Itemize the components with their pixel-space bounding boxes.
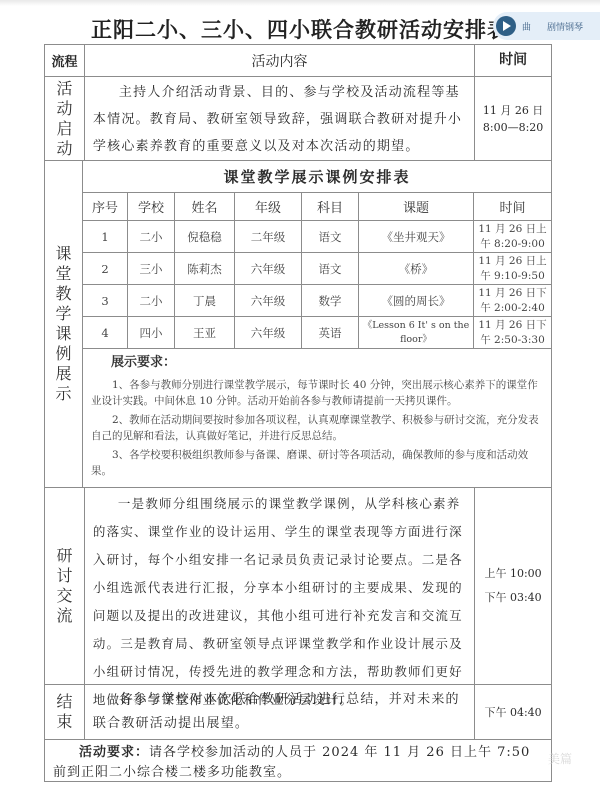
kickoff-time: 8:00—8:20: [483, 119, 543, 136]
lesson-teacher: 丁晨: [175, 285, 235, 316]
lesson-subject: 语文: [302, 221, 359, 252]
lesson-row: 4 四小 王亚 六年级 英语 《Lesson 6 It' s on the fl…: [83, 317, 551, 349]
kickoff-date: 11 月 26 日: [483, 102, 543, 119]
lesson-school: 二小: [128, 221, 175, 252]
lesson-no: 4: [83, 317, 128, 348]
lesson-school: 三小: [128, 253, 175, 284]
closing-content: 各参与学校对本次联合教研活动进行总结，并对未来的联合教研活动提出展望。: [85, 685, 474, 736]
row-closing: 结束 各参与学校对本次联合教研活动进行总结，并对未来的联合教研活动提出展望。 下…: [45, 685, 551, 740]
lesson-time: 11 月 26 日下午 2:50-3:30: [474, 317, 551, 348]
lesson-time-line1: 11 月 26 日上: [478, 254, 546, 269]
lesson-row: 2 三小 陈莉杰 六年级 语文 《桥》 11 月 26 日上午 9:10-9:5…: [83, 253, 551, 285]
demo-requirements: 展示要求： 1、各参与教师分别进行课堂教学展示，每节课时长 40 分钟，突出展示…: [83, 349, 551, 486]
lesson-time-line2: 午 8:20-9:00: [480, 237, 545, 252]
discussion-time-start: 上午 10:00: [484, 562, 541, 586]
row-footer: 活动要求：请各学校参加活动的人员于 2024 年 11 月 26 日上午 7:5…: [45, 740, 551, 781]
lesson-time-line1: 11 月 26 日下: [478, 318, 546, 333]
col-grade: 年级: [235, 193, 302, 220]
lesson-school: 四小: [128, 317, 175, 348]
lesson-time: 11 月 26 日上午 8:20-9:00: [474, 221, 551, 252]
kickoff-label: 活动启动: [55, 79, 73, 159]
lesson-topic: 《桥》: [359, 253, 474, 284]
requirement-item: 3、各学校要积极组织教师参与备课、磨课、研讨等各项活动，确保教师的参与度和活动效…: [91, 447, 543, 479]
lesson-table-header: 序号 学校 姓名 年级 科目 课题 时间: [83, 193, 551, 221]
lesson-no: 2: [83, 253, 128, 284]
lesson-row: 1 二小 倪稳稳 二年级 语文 《坐井观天》 11 月 26 日上午 8:20-…: [83, 221, 551, 253]
header-process: 流程: [45, 45, 85, 76]
music-title[interactable]: 剧情钢琴: [547, 20, 583, 33]
lesson-row: 3 二小 丁晨 六年级 数学 《圆的周长》 11 月 26 日下午 2:00-2…: [83, 285, 551, 317]
lesson-teacher: 倪稳稳: [175, 221, 235, 252]
top-shade: [0, 0, 600, 6]
col-time: 时间: [474, 193, 551, 220]
header-content: 活动内容: [85, 45, 475, 76]
requirement-item: 2、教师在活动期间要按时参加各项议程，认真观摩课堂教学、积极参与研讨交流，充分发…: [91, 412, 543, 444]
lesson-time-line1: 11 月 26 日上: [478, 222, 546, 237]
col-topic: 课题: [359, 193, 474, 220]
lesson-grade: 六年级: [235, 285, 302, 316]
closing-time: 下午 04:40: [484, 704, 541, 721]
requirement-item: 1、各参与教师分别进行课堂教学展示，每节课时长 40 分钟，突出展示核心素养下的…: [91, 377, 543, 409]
lesson-schedule-table: 课堂教学展示课例安排表 序号 学校 姓名 年级 科目 课题 时间 1 二小 倪稳…: [83, 161, 551, 487]
discussion-label: 研讨交流: [55, 546, 73, 626]
document-title: 正阳二小、三小、四小联合教研活动安排表: [90, 14, 510, 44]
lesson-topic: 《Lesson 6 It' s on the floor》: [359, 317, 474, 348]
lesson-no: 1: [83, 221, 128, 252]
demo-label: 课堂教学课例展示: [55, 244, 73, 404]
lesson-table-title: 课堂教学展示课例安排表: [83, 161, 551, 193]
requirements-title: 展示要求：: [91, 355, 543, 371]
lesson-time-line1: 11 月 26 日下: [478, 286, 546, 301]
activity-requirements: 活动要求：请各学校参加活动的人员于 2024 年 11 月 26 日上午 7:5…: [45, 740, 551, 781]
lesson-topic: 《圆的周长》: [359, 285, 474, 316]
lesson-school: 二小: [128, 285, 175, 316]
lesson-teacher: 王亚: [175, 317, 235, 348]
table-header-row: 流程 活动内容 时间: [45, 45, 551, 77]
lesson-subject: 语文: [302, 253, 359, 284]
footer-label: 活动要求：: [79, 745, 149, 760]
col-no: 序号: [83, 193, 128, 220]
music-player-pill[interactable]: 曲 剧情钢琴: [493, 12, 600, 40]
lesson-time: 11 月 26 日下午 2:00-2:40: [474, 285, 551, 316]
lesson-grade: 六年级: [235, 253, 302, 284]
row-demo: 课堂教学课例展示 课堂教学展示课例安排表 序号 学校 姓名 年级 科目 课题 时…: [45, 161, 551, 488]
row-discussion: 研讨交流 一是教师分组围绕展示的课堂教学课例，从学科核心素养的落实、课堂作业的设…: [45, 488, 551, 685]
music-label: 曲: [522, 20, 531, 33]
row-kickoff: 活动启动 主持人介绍活动背景、目的、参与学校及活动流程等基本情况。教育局、教研室…: [45, 77, 551, 161]
lesson-teacher: 陈莉杰: [175, 253, 235, 284]
lesson-subject: 英语: [302, 317, 359, 348]
schedule-table: 流程 活动内容 时间 活动启动 主持人介绍活动背景、目的、参与学校及活动流程等基…: [44, 44, 552, 782]
lesson-time-line2: 午 2:00-2:40: [480, 301, 545, 316]
lesson-time: 11 月 26 日上午 9:10-9:50: [474, 253, 551, 284]
lesson-grade: 二年级: [235, 221, 302, 252]
col-subject: 科目: [302, 193, 359, 220]
header-time: 时间: [475, 45, 551, 76]
lesson-grade: 六年级: [235, 317, 302, 348]
col-school: 学校: [128, 193, 175, 220]
discussion-content: 一是教师分组围绕展示的课堂教学课例，从学科核心素养的落实、课堂作业的设计运用、学…: [85, 488, 474, 714]
lesson-time-line2: 午 9:10-9:50: [480, 269, 545, 284]
col-name: 姓名: [175, 193, 235, 220]
play-icon[interactable]: [496, 16, 516, 36]
lesson-subject: 数学: [302, 285, 359, 316]
meipian-watermark: 美篇: [548, 750, 572, 767]
lesson-topic: 《坐井观天》: [359, 221, 474, 252]
discussion-time-end: 下午 03:40: [484, 586, 541, 610]
kickoff-content: 主持人介绍活动背景、目的、参与学校及活动流程等基本情况。教育局、教研室领导致辞，…: [85, 77, 474, 160]
closing-label: 结束: [55, 692, 73, 732]
lesson-no: 3: [83, 285, 128, 316]
lesson-time-line2: 午 2:50-3:30: [480, 333, 545, 348]
